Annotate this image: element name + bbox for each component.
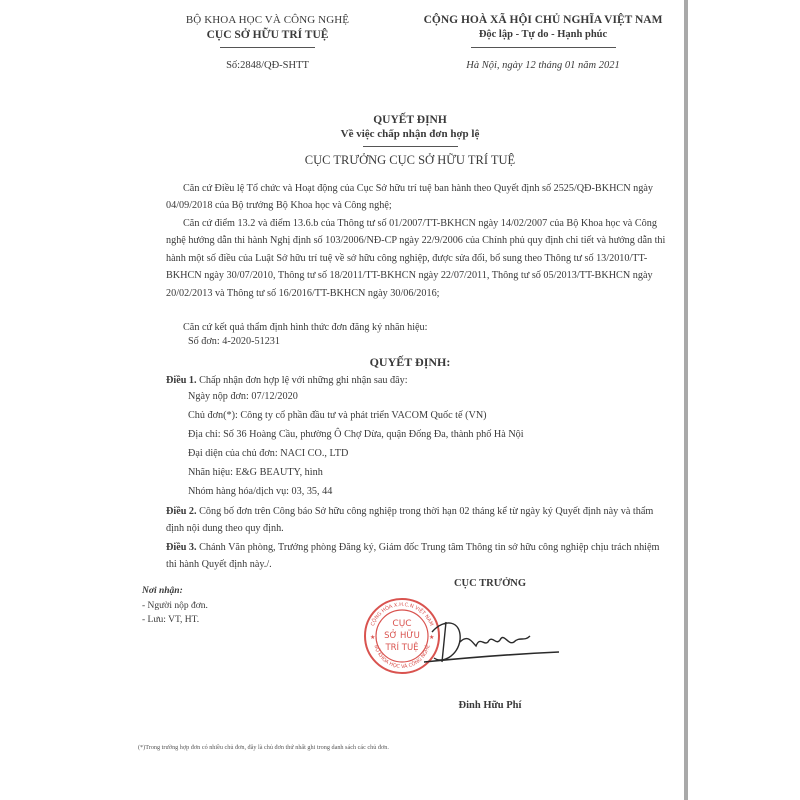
document-type: QUYẾT ĐỊNH: [150, 114, 670, 126]
article-3-label: Điều 3.: [166, 542, 197, 553]
decision-number: Số:2848/QĐ-SHTT: [140, 60, 395, 71]
footnote: (*)Trong trường hợp đơn có nhiều chủ đơn…: [138, 744, 389, 751]
document-subject: Về việc chấp nhận đơn hợp lệ: [150, 128, 670, 140]
place-date: Hà Nội, ngày 12 tháng 01 năm 2021: [398, 60, 688, 71]
nation-name: CỘNG HOÀ XÃ HỘI CHỦ NGHĨA VIỆT NAM: [398, 14, 688, 26]
national-motto: Độc lập - Tự do - Hạnh phúc: [398, 29, 688, 40]
recipient-item: - Lưu: VT, HT.: [142, 613, 208, 628]
title-rule: [363, 146, 458, 147]
recipients-heading: Nơi nhận:: [142, 584, 208, 599]
signer-name: Đinh Hữu Phí: [350, 700, 630, 711]
signer-title: CỤC TRƯỞNG: [350, 578, 630, 589]
preamble-paragraph-1: Căn cứ Điều lệ Tổ chức và Hoạt động của …: [166, 180, 666, 215]
article-1-item: Nhãn hiệu: E&G BEAUTY, hình: [188, 467, 323, 478]
preamble-paragraph-2: Căn cứ điểm 13.2 và điểm 13.6.b của Thôn…: [166, 215, 666, 302]
application-number: Số đơn: 4-2020-51231: [188, 336, 280, 347]
motto-rule: [471, 47, 616, 48]
article-1-item: Nhóm hàng hóa/dịch vụ: 03, 35, 44: [188, 486, 332, 497]
article-3: Điều 3. Chánh Văn phòng, Trưởng phòng Đă…: [166, 539, 666, 574]
article-1-item: Đại diện của chủ đơn: NACI CO., LTD: [188, 448, 348, 459]
recipient-item: - Người nộp đơn.: [142, 599, 208, 614]
agency-name: CỤC SỞ HỮU TRÍ TUỆ: [140, 29, 395, 41]
recipients-block: Nơi nhận: - Người nộp đơn. - Lưu: VT, HT…: [142, 584, 208, 628]
preamble-paragraph-3: Căn cứ kết quả thẩm định hình thức đơn đ…: [166, 319, 666, 336]
article-2-label: Điều 2.: [166, 506, 197, 517]
issuer-header: BỘ KHOA HỌC VÀ CÔNG NGHỆ CỤC SỞ HỮU TRÍ …: [140, 14, 395, 71]
decision-heading: QUYẾT ĐỊNH:: [150, 355, 670, 370]
national-header: CỘNG HOÀ XÃ HỘI CHỦ NGHĨA VIỆT NAM Độc l…: [398, 14, 688, 71]
article-1-label: Điều 1.: [166, 375, 197, 386]
article-1-item: Địa chỉ: Số 36 Hoàng Cầu, phường Ô Chợ D…: [188, 429, 524, 440]
ministry-name: BỘ KHOA HỌC VÀ CÔNG NGHỆ: [140, 14, 395, 26]
handwritten-signature: [424, 612, 564, 672]
header-rule: [220, 47, 315, 48]
svg-text:★: ★: [370, 634, 375, 641]
article-1-item: Ngày nộp đơn: 07/12/2020: [188, 391, 298, 402]
signature-scribble-icon: [424, 612, 564, 672]
issuing-authority: CỤC TRƯỞNG CỤC SỞ HỮU TRÍ TUỆ: [150, 153, 670, 168]
svg-text:SỞ HỮU: SỞ HỮU: [384, 629, 420, 641]
svg-text:CỤC: CỤC: [392, 619, 411, 629]
article-1: Điều 1. Chấp nhận đơn hợp lệ với những g…: [166, 372, 666, 389]
page-edge-divider: [684, 0, 688, 800]
article-3-text: Chánh Văn phòng, Trưởng phòng Đăng ký, G…: [166, 542, 659, 570]
article-2-text: Công bố đơn trên Công báo Sở hữu công ng…: [166, 506, 653, 534]
article-1-text: Chấp nhận đơn hợp lệ với những ghi nhận …: [197, 375, 408, 386]
svg-text:TRÍ TUỆ: TRÍ TUỆ: [384, 641, 418, 653]
article-2: Điều 2. Công bố đơn trên Công báo Sở hữu…: [166, 503, 666, 538]
article-1-item: Chủ đơn(*): Công ty cổ phần đầu tư và ph…: [188, 410, 487, 421]
